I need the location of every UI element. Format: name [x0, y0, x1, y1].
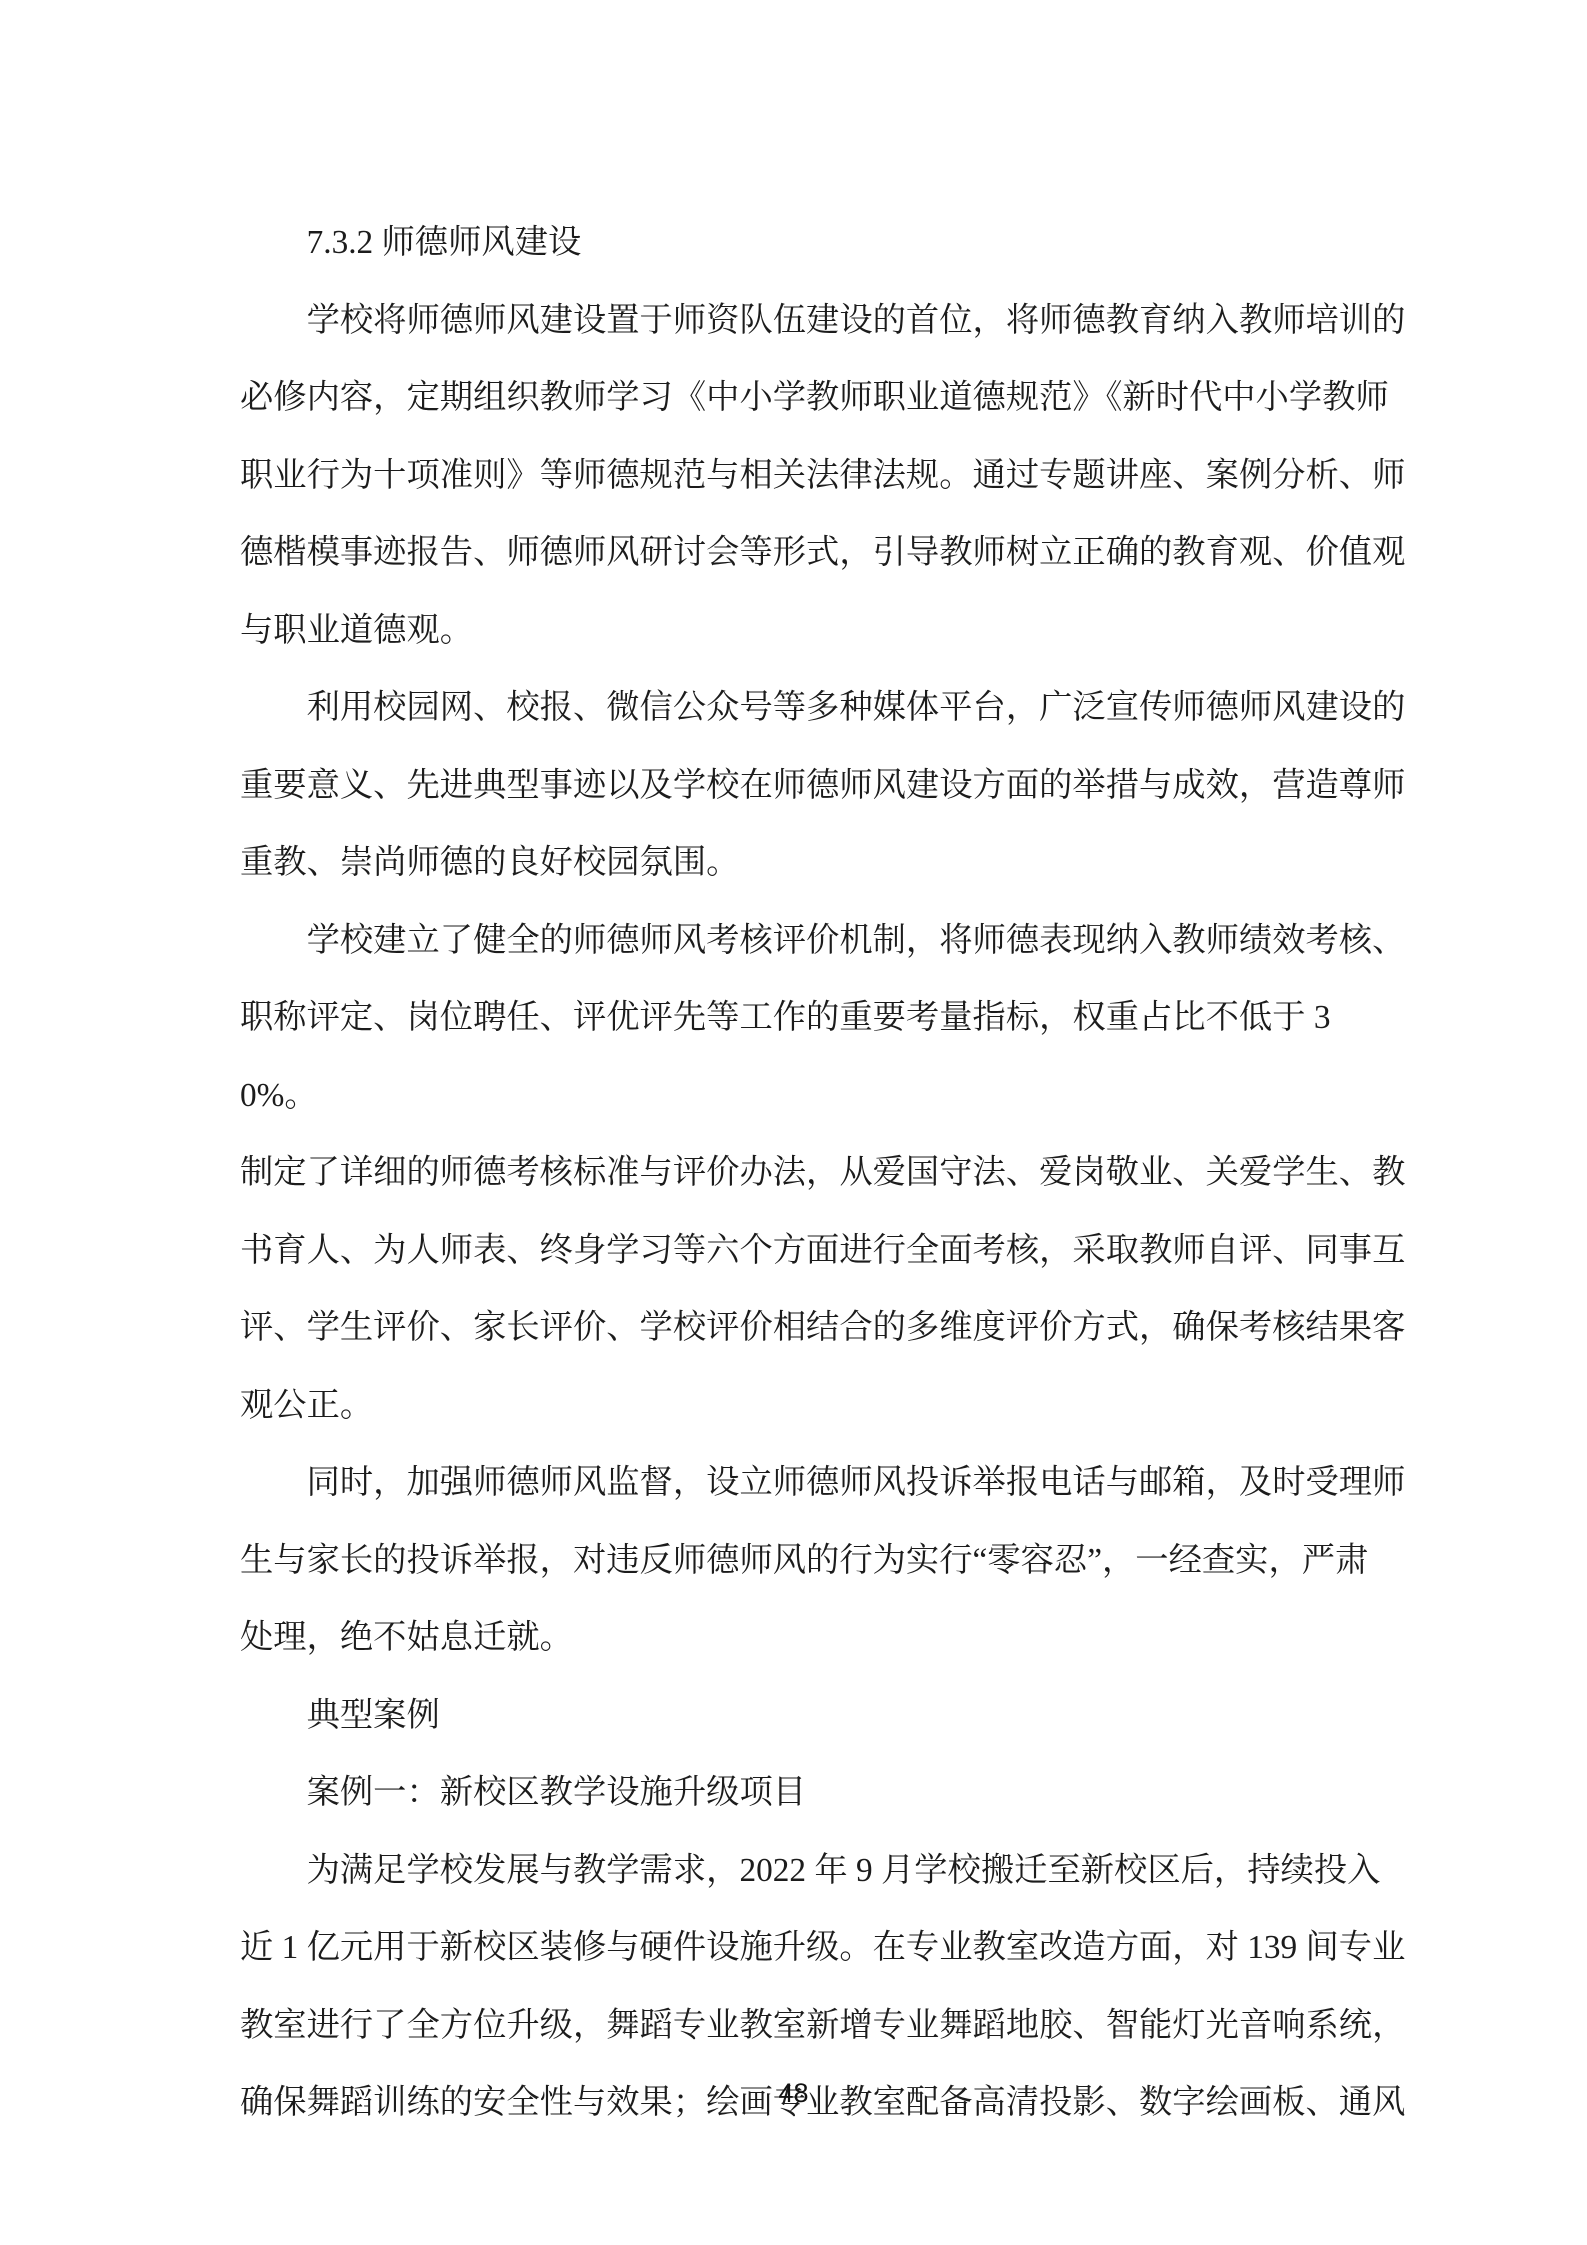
paragraph-typical-cases-label: 典型案例 [240, 1677, 1408, 1755]
paragraph-evaluation-mechanism: 学校建立了健全的师德师风考核评价机制，将师德表现纳入教师绩效考核、 职称评定、岗… [240, 902, 1408, 1445]
page-number: 48 [0, 2078, 1587, 2108]
section-heading: 7.3.2 师德师风建设 [240, 204, 1408, 282]
page-body: 7.3.2 师德师风建设学校将师德师风建设置于师资队伍建设的首位，将师德教育纳入… [240, 204, 1408, 2142]
paragraph-supervision: 同时，加强师德师风监督，设立师德师风投诉举报电话与邮箱，及时受理师 生与家长的投… [240, 1444, 1408, 1677]
document-page: 7.3.2 师德师风建设学校将师德师风建设置于师资队伍建设的首位，将师德教育纳入… [0, 0, 1587, 2245]
paragraph-shide-training: 学校将师德师风建设置于师资队伍建设的首位，将师德教育纳入教师培训的 必修内容，定… [240, 282, 1408, 670]
paragraph-case-one-title: 案例一：新校区教学设施升级项目 [240, 1754, 1408, 1832]
paragraph-media-promotion: 利用校园网、校报、微信公众号等多种媒体平台，广泛宣传师德师风建设的 重要意义、先… [240, 669, 1408, 902]
